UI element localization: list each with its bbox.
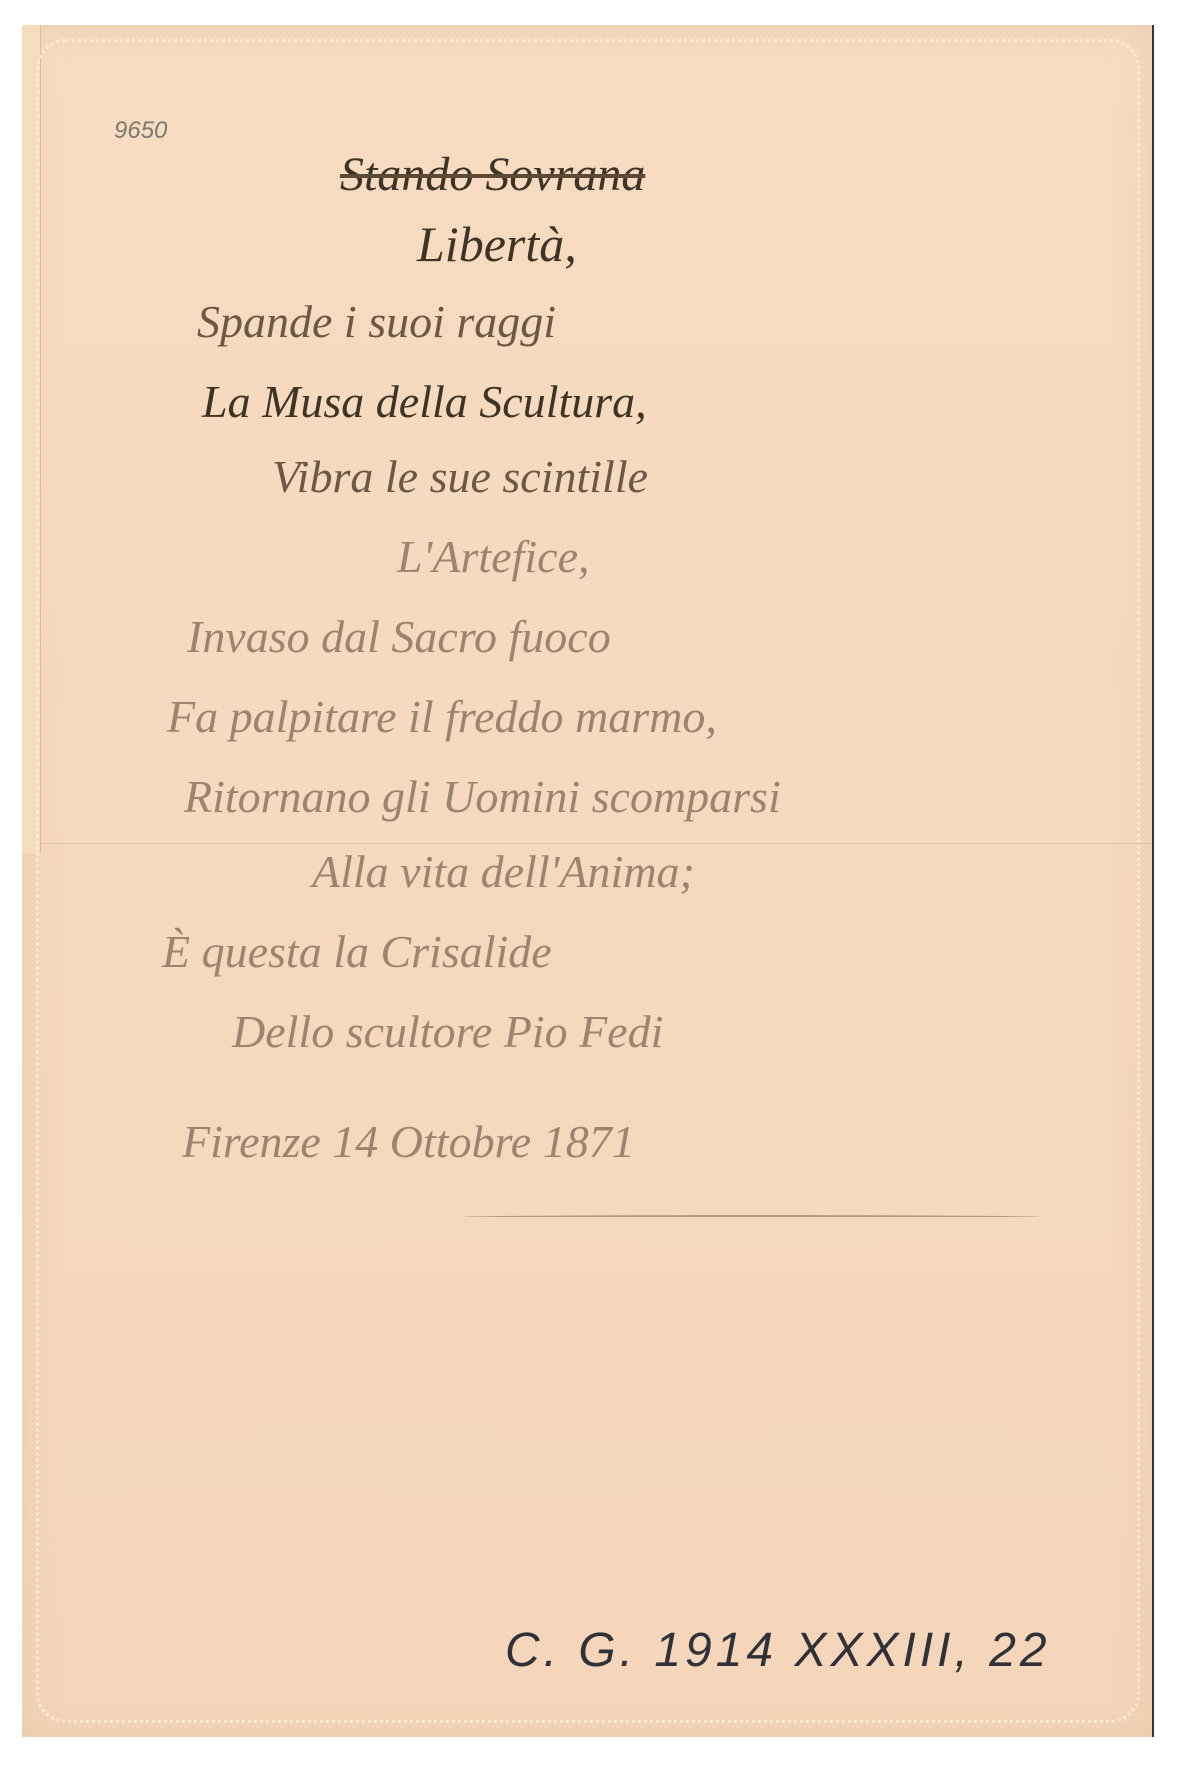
signature-line: Dello scultore Pio Fedi — [232, 1005, 663, 1058]
poem-line-7: Fa palpitare il freddo marmo, — [167, 690, 717, 743]
poem-line-2: Spande i suoi raggi — [197, 295, 556, 348]
poem-line-6: Invaso dal Sacro fuoco — [187, 610, 611, 663]
poem-line-10: È questa la Crisalide — [162, 925, 552, 978]
dateline: Firenze 14 Ottobre 1871 — [182, 1115, 635, 1168]
manuscript-sheet: 9650 Stando Sovrana Libertà, Spande i su… — [22, 25, 1154, 1737]
folded-paper-edge — [22, 25, 41, 853]
poem-line-5: L'Artefice, — [397, 530, 590, 583]
fold-crease — [40, 843, 1154, 844]
poem-line-9: Alla vita dell'Anima; — [312, 845, 695, 898]
catalog-number: 9650 — [114, 117, 167, 145]
poem-line-1: Libertà, — [417, 215, 577, 273]
sheet-edge — [1152, 25, 1154, 1737]
poem-line-8: Ritornano gli Uomini scomparsi — [184, 770, 781, 823]
signature-flourish — [462, 1215, 1042, 1219]
archive-shelfmark: C. G. 1914 XXXIII, 22 — [505, 1623, 1051, 1678]
poem-line-4: Vibra le sue scintille — [272, 450, 648, 503]
poem-line-3: La Musa della Scultura, — [202, 375, 647, 428]
poem-title-struck: Stando Sovrana — [340, 147, 645, 202]
